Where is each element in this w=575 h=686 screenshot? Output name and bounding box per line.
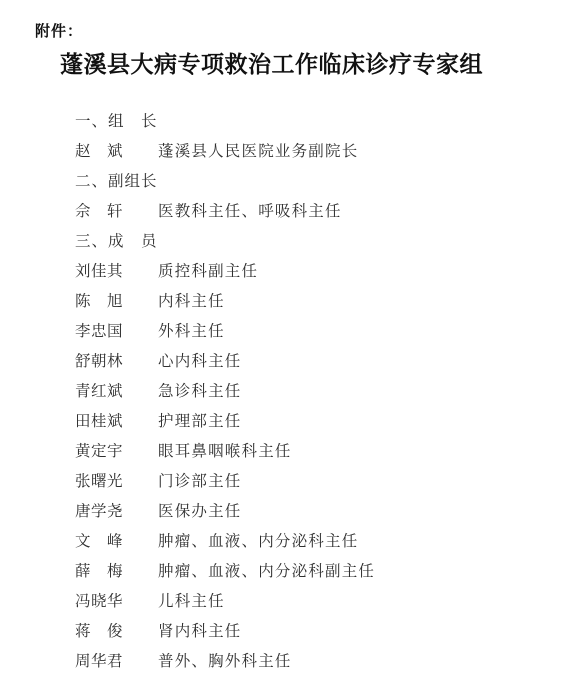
member-name: 薛 梅: [75, 557, 158, 587]
member-name: 张曙光: [75, 467, 158, 497]
roster-row: 张曙光 门诊部主任: [75, 467, 575, 497]
member-name: 文 峰: [75, 527, 158, 557]
section-heading-leader: 一、组 长: [75, 107, 575, 137]
member-name: 青红斌: [75, 377, 158, 407]
roster-row: 冯晓华 儿科主任: [75, 587, 575, 617]
section-heading-deputy-leader: 二、副组长: [75, 167, 575, 197]
roster-row: 陈 旭 内科主任: [75, 287, 575, 317]
member-name: 黄定宇: [75, 437, 158, 467]
member-role: 眼耳鼻咽喉科主任: [158, 437, 292, 467]
roster-row: 文 峰 肿瘤、血液、内分泌科主任: [75, 527, 575, 557]
member-name: 周华君: [75, 647, 158, 677]
member-role: 肾内科主任: [158, 617, 242, 647]
roster-row: 蒋 俊 肾内科主任: [75, 617, 575, 647]
document-page: 附件： 蓬溪县大病专项救治工作临床诊疗专家组 一、组 长 赵 斌 蓬溪县人民医院…: [0, 0, 575, 686]
roster-row: 薛 梅 肿瘤、血液、内分泌科副主任: [75, 557, 575, 587]
member-role: 急诊科主任: [158, 377, 242, 407]
member-name: 李忠国: [75, 317, 158, 347]
member-name: 田桂斌: [75, 407, 158, 437]
roster-row: 青红斌 急诊科主任: [75, 377, 575, 407]
member-name: 唐学尧: [75, 497, 158, 527]
member-role: 肿瘤、血液、内分泌科副主任: [158, 557, 375, 587]
member-role: 医保办主任: [158, 497, 242, 527]
member-role: 心内科主任: [158, 347, 242, 377]
member-name: 佘 轩: [75, 197, 158, 227]
section-heading-members: 三、成 员: [75, 227, 575, 257]
roster-row: 周华君 普外、胸外科主任: [75, 647, 575, 677]
member-name: 陈 旭: [75, 287, 158, 317]
expert-roster: 一、组 长 赵 斌 蓬溪县人民医院业务副院长 二、副组长 佘 轩 医教科主任、呼…: [75, 107, 575, 677]
member-role: 护理部主任: [158, 407, 242, 437]
roster-row: 赵 斌 蓬溪县人民医院业务副院长: [75, 137, 575, 167]
roster-row: 李忠国 外科主任: [75, 317, 575, 347]
roster-row: 田桂斌 护理部主任: [75, 407, 575, 437]
member-name: 赵 斌: [75, 137, 158, 167]
member-role: 蓬溪县人民医院业务副院长: [158, 137, 358, 167]
document-title: 蓬溪县大病专项救治工作临床诊疗专家组: [0, 49, 575, 81]
member-role: 质控科副主任: [158, 257, 258, 287]
roster-row: 刘佳其 质控科副主任: [75, 257, 575, 287]
member-name: 蒋 俊: [75, 617, 158, 647]
member-role: 肿瘤、血液、内分泌科主任: [158, 527, 358, 557]
roster-row: 佘 轩 医教科主任、呼吸科主任: [75, 197, 575, 227]
roster-row: 唐学尧 医保办主任: [75, 497, 575, 527]
member-name: 冯晓华: [75, 587, 158, 617]
member-role: 普外、胸外科主任: [158, 647, 292, 677]
roster-row: 舒朝林 心内科主任: [75, 347, 575, 377]
member-role: 内科主任: [158, 287, 225, 317]
member-role: 儿科主任: [158, 587, 225, 617]
member-role: 医教科主任、呼吸科主任: [158, 197, 342, 227]
member-role: 外科主任: [158, 317, 225, 347]
member-name: 刘佳其: [75, 257, 158, 287]
roster-row: 黄定宇 眼耳鼻咽喉科主任: [75, 437, 575, 467]
member-role: 门诊部主任: [158, 467, 242, 497]
attachment-label: 附件：: [35, 24, 575, 40]
member-name: 舒朝林: [75, 347, 158, 377]
